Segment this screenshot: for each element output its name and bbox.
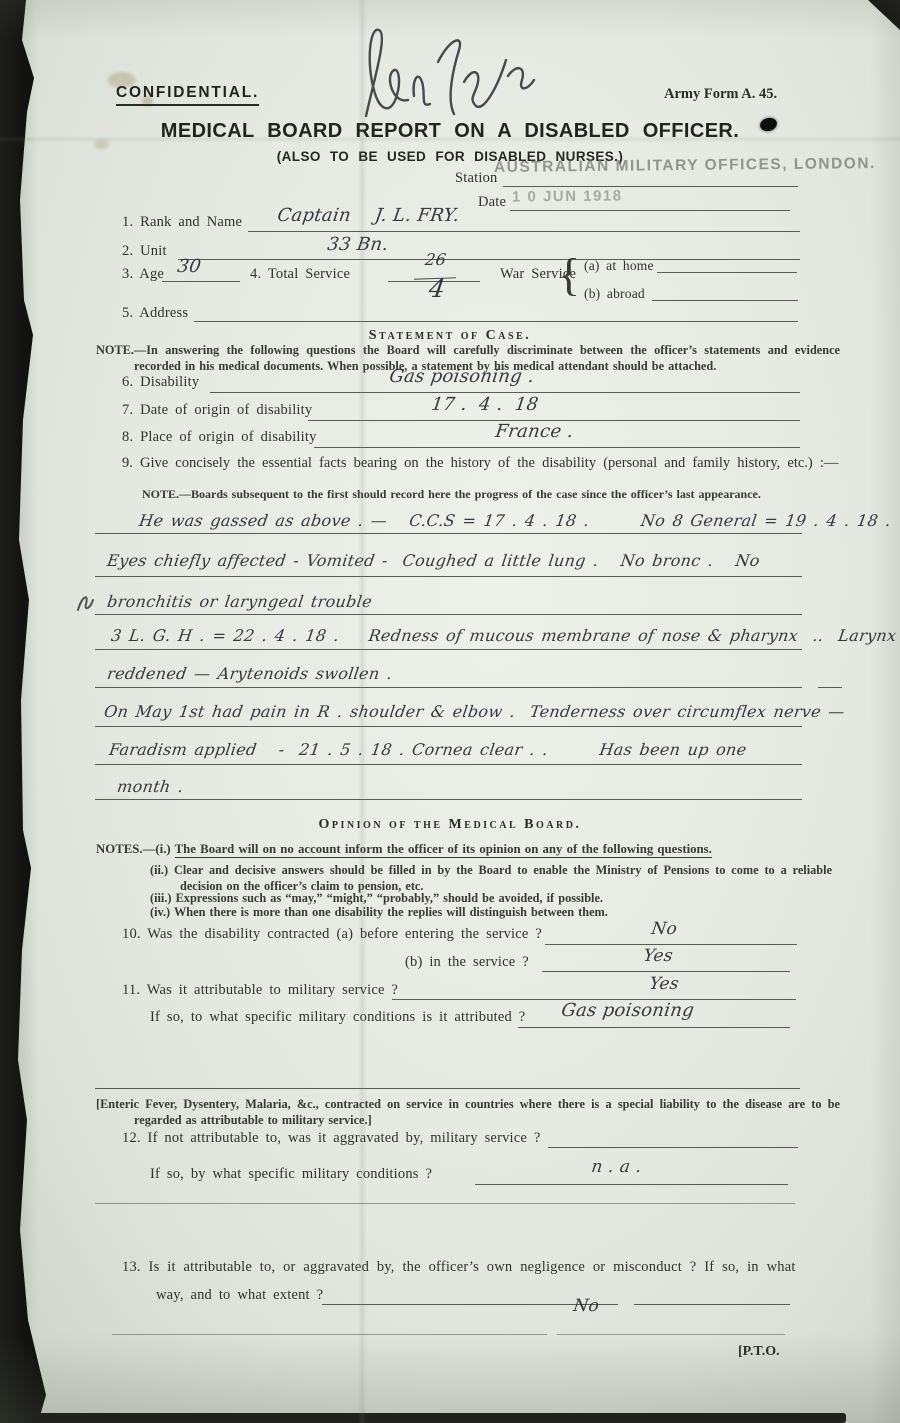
q3-handwritten-value: 30	[176, 256, 202, 277]
q6-line	[210, 392, 800, 393]
scanned-form-page: CONFIDENTIAL. Army Form A. 45. MEDICAL B…	[0, 0, 900, 1423]
q10-line	[545, 944, 797, 945]
war-b-line	[652, 300, 798, 301]
q12b-line	[475, 1184, 788, 1185]
bracket-note: [Enteric Fever, Dysentery, Malaria, &c.,…	[96, 1097, 840, 1129]
history-rule	[95, 614, 802, 615]
q10-handwritten-answer: No	[650, 919, 679, 939]
history-rule	[95, 687, 802, 688]
history-rule-fragment	[818, 687, 842, 688]
q9-note: NOTE.—Boards subsequent to the first sho…	[142, 487, 802, 503]
opinion-note-i: NOTES.—(i.) The Board will on no account…	[96, 841, 806, 858]
history-rule	[95, 576, 802, 577]
history-line: reddened — Arytenoids swollen .	[106, 664, 394, 683]
q11b-handwritten-answer: Gas poisoning	[560, 1000, 696, 1021]
q13-label-line1: 13. Is it attributable to, or aggravated…	[122, 1259, 796, 1276]
statement-heading: Statement of Case.	[0, 328, 900, 344]
q1-handwritten-value: Captain J. L. FRY.	[276, 205, 461, 226]
q8-label: 8. Place of origin of disability	[122, 429, 317, 446]
history-line: On May 1st had pain in R . shoulder & el…	[103, 702, 846, 721]
history-rule	[95, 726, 802, 727]
history-rule	[95, 649, 802, 650]
war-a-line	[657, 272, 797, 273]
q7-handwritten-value: 17 . 4 . 18	[430, 394, 540, 415]
q2-label: 2. Unit	[122, 243, 167, 260]
torn-left-edge	[0, 0, 48, 1423]
history-line: 3 L. G. H . = 22 . 4 . 18 . Redness of m…	[110, 626, 898, 645]
q9-label: 9. Give concisely the essential facts be…	[122, 452, 887, 474]
q12b-label: If so, by what specific military conditi…	[150, 1166, 432, 1183]
war-a-label: (a) at home	[584, 258, 654, 274]
q4-label: 4. Total Service	[250, 266, 350, 283]
history-line: He was gassed as above . — C.C.S = 17 . …	[138, 511, 892, 530]
station-label: Station	[455, 170, 498, 187]
history-line: bronchitis or laryngeal trouble	[106, 592, 373, 611]
q10b-label: (b) in the service ?	[405, 954, 529, 971]
q3-line	[162, 281, 240, 282]
pen-scrawl-annotation	[352, 20, 537, 122]
opinion-note-i-prefix: NOTES.—(i.)	[96, 842, 175, 856]
q1-label: 1. Rank and Name	[122, 214, 242, 231]
q3-label: 3. Age	[122, 266, 164, 283]
q2-handwritten-value: 33 Bn.	[326, 234, 390, 255]
q12-line	[548, 1147, 798, 1148]
form-title: MEDICAL BOARD REPORT ON A DISABLED OFFIC…	[0, 120, 900, 143]
history-line: Eyes chiefly affected - Vomited - Coughe…	[106, 551, 761, 570]
war-b-label: (b) abroad	[584, 286, 645, 302]
bottom-separator-segment	[112, 1334, 547, 1335]
q7-label: 7. Date of origin of disability	[122, 402, 312, 419]
bottom-scan-edge	[16, 1413, 846, 1423]
top-right-corner-mark	[856, 0, 900, 34]
q13-label-line2: way, and to what extent ?	[156, 1287, 323, 1304]
q12b-handwritten-answer: n . a .	[590, 1157, 643, 1177]
date-label: Date	[478, 194, 506, 211]
history-line: month .	[116, 777, 185, 796]
form-number: Army Form A. 45.	[664, 86, 777, 103]
q8-handwritten-value: France .	[494, 421, 575, 442]
history-line: Faradism applied - 21 . 5 . 18 . Cornea …	[108, 740, 748, 759]
opinion-heading: Opinion of the Medical Board.	[0, 817, 900, 833]
confidential-marking: CONFIDENTIAL.	[116, 84, 259, 106]
pto-marking: [P.T.O.	[738, 1344, 780, 1360]
q11-handwritten-answer: Yes	[648, 974, 680, 994]
office-stamp: AUSTRALIAN MILITARY OFFICES, LONDON.	[494, 155, 876, 177]
q1-line	[248, 231, 800, 232]
q4-handwritten-upper: 26	[424, 250, 448, 269]
margin-ink-mark	[74, 588, 96, 616]
q8-line	[314, 447, 800, 448]
history-rule	[95, 533, 802, 534]
q10-label: 10. Was the disability contracted (a) be…	[122, 926, 542, 943]
q10b-line	[542, 971, 790, 972]
q5-label: 5. Address	[122, 305, 188, 322]
q11b-line	[518, 1027, 790, 1028]
opinion-note-iv: (iv.) When there is more than one disabi…	[150, 905, 802, 921]
section-separator-line	[95, 1088, 800, 1089]
q12-label: 12. If not attributable to, was it aggra…	[122, 1130, 541, 1147]
date-stamp: 1 0 JUN 1918	[512, 187, 623, 205]
q10b-handwritten-answer: Yes	[642, 946, 674, 966]
bottom-separator-segment	[557, 1334, 785, 1335]
station-line	[503, 186, 798, 187]
opinion-note-i-underlined: The Board will on no account inform the …	[175, 842, 712, 858]
q4-handwritten-lower: 4	[427, 274, 447, 303]
q6-handwritten-value: Gas poisoning .	[388, 366, 536, 387]
q11-label: 11. Was it attributable to military serv…	[122, 982, 398, 999]
date-line	[510, 210, 790, 211]
q13-handwritten-answer: No	[572, 1296, 601, 1316]
q2-line	[178, 259, 800, 260]
war-service-brace: {	[558, 252, 580, 298]
history-rule	[95, 764, 802, 765]
history-rule	[95, 799, 802, 800]
q5-line	[194, 321, 798, 322]
q13-line-segment	[634, 1304, 790, 1305]
separator-line	[95, 1203, 795, 1204]
q11b-label: If so, to what specific military conditi…	[150, 1009, 525, 1026]
q6-label: 6. Disability	[122, 374, 199, 391]
